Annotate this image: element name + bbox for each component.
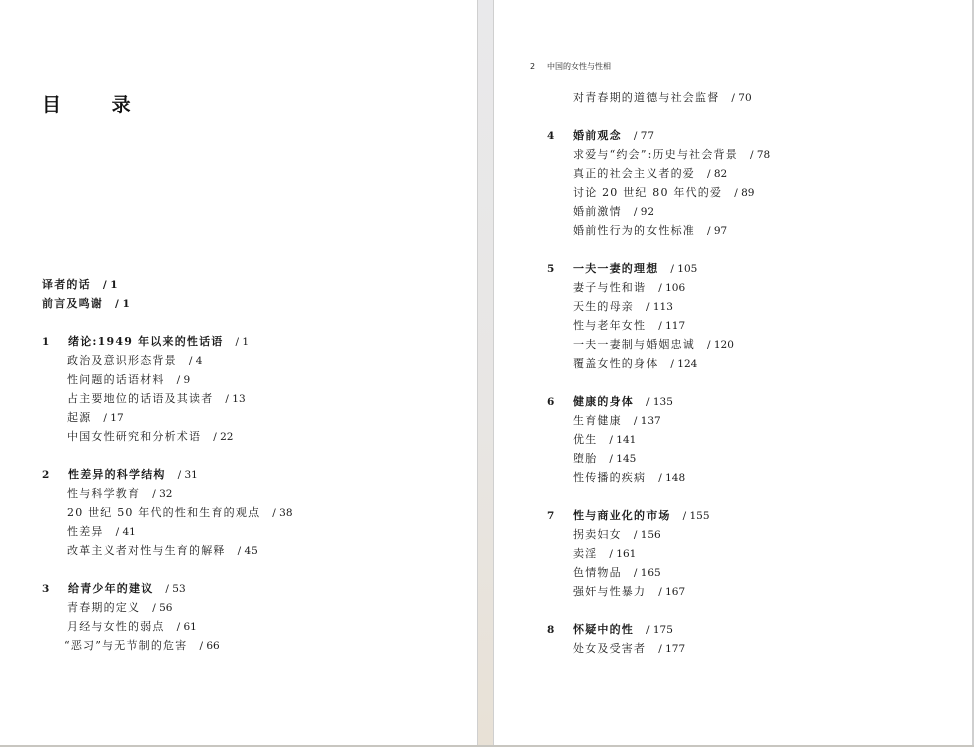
chapter-number: 3 xyxy=(42,582,68,596)
toc-section[interactable]: 拐卖妇女/ 156 xyxy=(573,528,661,542)
toc-section[interactable]: 性与老年女性/ 117 xyxy=(573,319,685,333)
entry-title: 婚前激情 xyxy=(573,205,622,218)
toc-section[interactable]: 讨论 20 世纪 80 年代的爱/ 89 xyxy=(573,186,754,200)
toc-section[interactable]: 性问题的话语材料/ 9 xyxy=(67,373,190,387)
toc-section[interactable]: 一夫一妻制与婚姻忠诚/ 120 xyxy=(573,338,734,352)
entry-page: / 1 xyxy=(115,298,130,310)
toc-section[interactable]: 妻子与性和谐/ 106 xyxy=(573,281,685,295)
toc-section[interactable]: 真正的社会主义者的爱/ 82 xyxy=(573,167,727,181)
chapter-number: 7 xyxy=(547,509,573,523)
entry-page: / 56 xyxy=(152,602,172,614)
running-head: 2中国的女性与性相 xyxy=(530,61,611,72)
entry-page: / 92 xyxy=(634,206,654,218)
entry-page: / 70 xyxy=(731,92,751,104)
toc-section[interactable]: 处女及受害者/ 177 xyxy=(573,642,685,656)
entry-title: 优生 xyxy=(573,433,597,446)
entry-page: / 9 xyxy=(177,374,191,386)
toc-chapter-4[interactable]: 4婚前观念/ 77 xyxy=(547,129,654,143)
entry-page: / 117 xyxy=(658,320,685,332)
entry-page: / 135 xyxy=(646,396,673,408)
left-page: 目 录 译者的话/ 1 前言及鸣谢/ 1 1绪论:1949 年以来的性话语/ 1… xyxy=(0,0,477,745)
toc-section[interactable]: 起源/ 17 xyxy=(67,411,124,425)
page-number: 2 xyxy=(530,62,547,71)
toc-section[interactable]: 堕胎/ 145 xyxy=(573,452,636,466)
toc-chapter-1[interactable]: 1绪论:1949 年以来的性话语/ 1 xyxy=(42,335,249,349)
entry-title: 起源 xyxy=(67,411,91,424)
entry-title: 性传播的疾病 xyxy=(573,471,646,484)
chapter-title: 性与商业化的市场 xyxy=(573,509,671,522)
entry-page: / 175 xyxy=(646,624,673,636)
toc-section[interactable]: “恶习”与无节制的危害/ 66 xyxy=(64,639,220,653)
entry-page: / 13 xyxy=(225,393,245,405)
toc-section[interactable]: 月经与女性的弱点/ 61 xyxy=(67,620,197,634)
entry-page: / 137 xyxy=(634,415,661,427)
entry-page: / 61 xyxy=(177,621,197,633)
book-title: 中国的女性与性相 xyxy=(547,62,611,71)
entry-page: / 78 xyxy=(750,149,770,161)
entry-title: 20 世纪 50 年代的性和生育的观点 xyxy=(67,506,260,519)
entry-page: / 1 xyxy=(103,279,118,291)
entry-title: 妻子与性和谐 xyxy=(573,281,646,294)
toc-section[interactable]: 占主要地位的话语及其读者/ 13 xyxy=(67,392,246,406)
toc-section[interactable]: 性传播的疾病/ 148 xyxy=(573,471,685,485)
entry-page: / 82 xyxy=(707,168,727,180)
toc-section[interactable]: 婚前激情/ 92 xyxy=(573,205,654,219)
toc-section[interactable]: 色情物品/ 165 xyxy=(573,566,661,580)
entry-page: / 89 xyxy=(734,187,754,199)
chapter-number: 6 xyxy=(547,395,573,409)
entry-title: 改革主义者对性与生育的解释 xyxy=(67,544,226,557)
toc-section[interactable]: 政治及意识形态背景/ 4 xyxy=(67,354,202,368)
entry-page: / 167 xyxy=(658,586,685,598)
entry-title: 政治及意识形态背景 xyxy=(67,354,177,367)
entry-title: 婚前性行为的女性标准 xyxy=(573,224,695,237)
entry-page: / 113 xyxy=(646,301,673,313)
entry-page: / 17 xyxy=(103,412,123,424)
entry-page: / 32 xyxy=(152,488,172,500)
toc-chapter-6[interactable]: 6健康的身体/ 135 xyxy=(547,395,673,409)
entry-page: / 145 xyxy=(609,453,636,465)
toc-entry-preface[interactable]: 前言及鸣谢/ 1 xyxy=(42,297,130,311)
chapter-number: 5 xyxy=(547,262,573,276)
chapter-title: 婚前观念 xyxy=(573,129,622,142)
entry-page: / 105 xyxy=(670,263,697,275)
entry-title: 性与科学教育 xyxy=(67,487,140,500)
entry-title: 处女及受害者 xyxy=(573,642,646,655)
toc-section[interactable]: 中国女性研究和分析术语/ 22 xyxy=(67,430,233,444)
chapter-title: 健康的身体 xyxy=(573,395,634,408)
entry-page: / 53 xyxy=(165,583,185,595)
chapter-title: 给青少年的建议 xyxy=(68,582,153,595)
entry-page: / 141 xyxy=(609,434,636,446)
toc-chapter-7[interactable]: 7性与商业化的市场/ 155 xyxy=(547,509,710,523)
entry-title: 真正的社会主义者的爱 xyxy=(573,167,695,180)
entry-title: 性差异 xyxy=(67,525,104,538)
entry-title: 色情物品 xyxy=(573,566,622,579)
chapter-title: 绪论:1949 年以来的性话语 xyxy=(68,335,224,348)
entry-page: / 155 xyxy=(683,510,710,522)
entry-title: 前言及鸣谢 xyxy=(42,297,103,310)
chapter-title: 怀疑中的性 xyxy=(573,623,634,636)
chapter-number: 4 xyxy=(547,129,573,143)
entry-title: 生育健康 xyxy=(573,414,622,427)
toc-section[interactable]: 卖淫/ 161 xyxy=(573,547,636,561)
entry-title: 对青春期的道德与社会监督 xyxy=(573,91,719,104)
entry-title: 拐卖妇女 xyxy=(573,528,622,541)
entry-page: / 106 xyxy=(658,282,685,294)
toc-section[interactable]: 改革主义者对性与生育的解释/ 45 xyxy=(67,544,258,558)
entry-title: 一夫一妻制与婚姻忠诚 xyxy=(573,338,695,351)
toc-section[interactable]: 生育健康/ 137 xyxy=(573,414,661,428)
entry-page: / 22 xyxy=(213,431,233,443)
toc-chapter-5[interactable]: 5一夫一妻的理想/ 105 xyxy=(547,262,697,276)
entry-title: 堕胎 xyxy=(573,452,597,465)
entry-page: / 97 xyxy=(707,225,727,237)
chapter-title: 一夫一妻的理想 xyxy=(573,262,658,275)
entry-title: 覆盖女性的身体 xyxy=(573,357,658,370)
entry-title: 卖淫 xyxy=(573,547,597,560)
page-gutter xyxy=(477,0,494,745)
toc-chapter-2[interactable]: 2性差异的科学结构/ 31 xyxy=(42,468,198,482)
toc-section[interactable]: 性差异/ 41 xyxy=(67,525,136,539)
entry-page: / 4 xyxy=(189,355,203,367)
entry-page: / 77 xyxy=(634,130,654,142)
entry-page: / 165 xyxy=(634,567,661,579)
entry-title: “恶习”与无节制的危害 xyxy=(64,639,187,652)
entry-title: 占主要地位的话语及其读者 xyxy=(67,392,213,405)
toc-chapter-8[interactable]: 8怀疑中的性/ 175 xyxy=(547,623,673,637)
entry-title: 讨论 20 世纪 80 年代的爱 xyxy=(573,186,722,199)
entry-page: / 161 xyxy=(609,548,636,560)
entry-page: / 148 xyxy=(658,472,685,484)
toc-section[interactable]: 求爱与“约会”:历史与社会背景/ 78 xyxy=(573,148,770,162)
toc-entry-translator-note[interactable]: 译者的话/ 1 xyxy=(42,278,118,292)
entry-title: 性问题的话语材料 xyxy=(67,373,165,386)
entry-page: / 156 xyxy=(634,529,661,541)
chapter-number: 8 xyxy=(547,623,573,637)
toc-section[interactable]: 对青春期的道德与社会监督/ 70 xyxy=(573,91,752,105)
entry-title: 求爱与“约会”:历史与社会背景 xyxy=(573,148,738,161)
entry-page: / 31 xyxy=(178,469,198,481)
chapter-number: 2 xyxy=(42,468,68,482)
entry-page: / 66 xyxy=(199,640,219,652)
chapter-number: 1 xyxy=(42,335,68,349)
entry-page: / 41 xyxy=(116,526,136,538)
toc-section[interactable]: 强奸与性暴力/ 167 xyxy=(573,585,685,599)
entry-title: 强奸与性暴力 xyxy=(573,585,646,598)
toc-section[interactable]: 优生/ 141 xyxy=(573,433,636,447)
toc-section[interactable]: 性与科学教育/ 32 xyxy=(67,487,172,501)
chapter-title: 性差异的科学结构 xyxy=(68,468,166,481)
toc-section[interactable]: 婚前性行为的女性标准/ 97 xyxy=(573,224,727,238)
entry-title: 天生的母亲 xyxy=(573,300,634,313)
toc-title: 目 录 xyxy=(42,90,153,117)
entry-title: 中国女性研究和分析术语 xyxy=(67,430,201,443)
entry-page: / 124 xyxy=(670,358,697,370)
entry-page: / 45 xyxy=(238,545,258,557)
entry-title: 青春期的定义 xyxy=(67,601,140,614)
entry-title: 月经与女性的弱点 xyxy=(67,620,165,633)
entry-title: 性与老年女性 xyxy=(573,319,646,332)
entry-page: / 120 xyxy=(707,339,734,351)
toc-chapter-3[interactable]: 3给青少年的建议/ 53 xyxy=(42,582,186,596)
entry-title: 译者的话 xyxy=(42,278,91,291)
entry-page: / 38 xyxy=(272,507,292,519)
toc-section[interactable]: 天生的母亲/ 113 xyxy=(573,300,673,314)
entry-page: / 177 xyxy=(658,643,685,655)
toc-section[interactable]: 20 世纪 50 年代的性和生育的观点/ 38 xyxy=(67,506,293,520)
toc-section[interactable]: 青春期的定义/ 56 xyxy=(67,601,172,615)
right-page: 2中国的女性与性相 对青春期的道德与社会监督/ 70 4婚前观念/ 77 求爱与… xyxy=(494,0,972,745)
entry-page: / 1 xyxy=(236,336,250,348)
toc-section[interactable]: 覆盖女性的身体/ 124 xyxy=(573,357,697,371)
